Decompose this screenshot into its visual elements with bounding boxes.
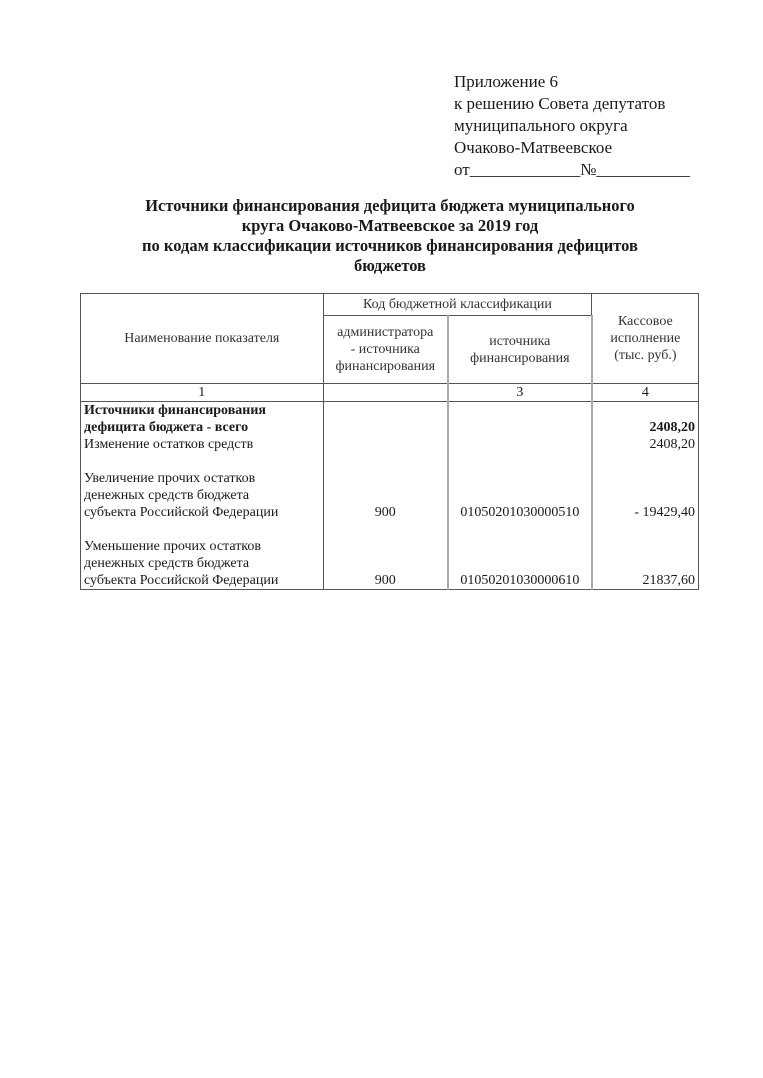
indicator-name-line: дефицита бюджета - всего (84, 419, 320, 436)
column-numbers-row: 1 3 4 (81, 384, 699, 402)
appendix-line: Приложение 6 (454, 71, 690, 93)
indicator-name-line: денежных средств бюджета (84, 487, 320, 504)
header-admin-line: администратора (327, 324, 444, 341)
administrator-code: 900 (327, 504, 444, 521)
execution-value-cell: 2408,20 2408,20 - 19429,40 21837,60 (592, 402, 699, 590)
column-number: 1 (81, 384, 324, 402)
header-execution-line: исполнение (596, 330, 695, 347)
header-admin-line: финансирования (327, 358, 444, 375)
execution-value: 2408,20 (596, 436, 695, 453)
table-row: Источники финансирования дефицита бюджет… (81, 402, 699, 590)
indicator-name-line: Изменение остатков средств (84, 436, 320, 453)
column-number: 4 (592, 384, 699, 402)
appendix-line: муниципального округа (454, 115, 690, 137)
administrator-code-cell: 900 900 (323, 402, 448, 590)
indicator-name-line: Источники финансирования (84, 402, 320, 419)
header-execution-line: Кассовое (596, 313, 695, 330)
header-source-line: финансирования (452, 350, 588, 367)
header-execution: Кассовое исполнение (тыс. руб.) (592, 294, 699, 384)
execution-value-total: 2408,20 (596, 419, 695, 436)
indicator-name-line: денежных средств бюджета (84, 555, 320, 572)
execution-value: 21837,60 (596, 572, 695, 589)
execution-value: - 19429,40 (596, 504, 695, 521)
column-number (323, 384, 448, 402)
appendix-line: от_____________№___________ (454, 159, 690, 181)
header-administrator: администратора - источника финансировани… (323, 316, 448, 384)
document-title: Источники финансирования дефицита бюджет… (90, 196, 690, 276)
administrator-code: 900 (327, 572, 444, 589)
source-code: 01050201030000610 (452, 572, 588, 589)
header-source-line: источника (452, 333, 588, 350)
appendix-line: к решению Совета депутатов (454, 93, 690, 115)
column-number: 3 (448, 384, 592, 402)
indicator-name-line: Уменьшение прочих остатков (84, 538, 320, 555)
title-line: Источники финансирования дефицита бюджет… (90, 196, 690, 216)
header-code-group: Код бюджетной классификации (323, 294, 592, 316)
header-indicator-name: Наименование показателя (81, 294, 324, 384)
indicator-name-line: субъекта Российской Федерации (84, 572, 320, 589)
indicator-name-line: субъекта Российской Федерации (84, 504, 320, 521)
header-code-group-text: Код бюджетной классификации (363, 297, 552, 312)
source-code: 01050201030000510 (452, 504, 588, 521)
header-admin-line: - источника (327, 341, 444, 358)
indicator-name-line: Увеличение прочих остатков (84, 470, 320, 487)
header-indicator-name-text: Наименование показателя (124, 331, 279, 346)
title-line: по кодам классификации источников финанс… (90, 236, 690, 256)
financing-sources-table: Наименование показателя Код бюджетной кл… (80, 293, 699, 590)
indicator-name-cell: Источники финансирования дефицита бюджет… (81, 402, 324, 590)
appendix-header: Приложение 6 к решению Совета депутатов … (454, 71, 690, 181)
title-line: круга Очаково-Матвеевское за 2019 год (90, 216, 690, 236)
source-code-cell: 01050201030000510 01050201030000610 (448, 402, 592, 590)
title-line: бюджетов (90, 256, 690, 276)
header-source: источника финансирования (448, 316, 592, 384)
appendix-line: Очаково-Матвеевское (454, 137, 690, 159)
header-execution-line: (тыс. руб.) (596, 347, 695, 364)
